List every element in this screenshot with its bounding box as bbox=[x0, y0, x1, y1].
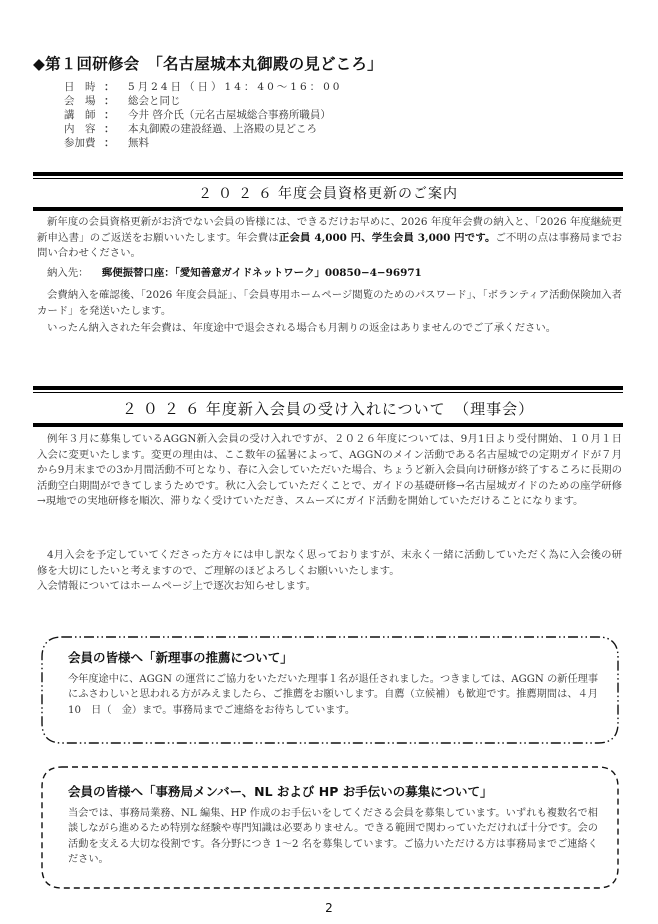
renewal-heading-year: ２０２６ bbox=[198, 186, 278, 202]
detail-colon: ： bbox=[104, 80, 128, 94]
section-divider-top bbox=[33, 172, 623, 179]
detail-value: 総会と同じ bbox=[128, 94, 181, 108]
notice-title: 会員の皆様へ「事務局メンバー、NL および HP お手伝いの募集について」 bbox=[68, 782, 492, 800]
detail-colon: ： bbox=[104, 122, 128, 136]
detail-value: 今井 啓介氏（元名古屋城総合事務所職員） bbox=[128, 108, 331, 122]
newsletter-page: ◆第１回研修会 「名古屋城本丸御殿の見どころ」 日 時 ： 5月24日（日）14… bbox=[0, 0, 658, 924]
section-divider-bottom bbox=[33, 207, 623, 211]
renewal-heading-text: 年度会員資格更新のご案内 bbox=[278, 186, 458, 202]
renewal-text: 会費納入を確認後、「2026 年度会員証」、「会員専用ホームページ閲覧のためのパ… bbox=[37, 289, 622, 317]
detail-value: 無料 bbox=[128, 136, 149, 150]
new-members-heading: ２０２６年度新入会員の受け入れについて （理事会） bbox=[33, 398, 623, 419]
detail-row-venue: 会 場 ： 総会と同じ bbox=[64, 94, 342, 108]
fee-amounts: 正会員 4,000 円、学生会員 3,000 円です。 bbox=[279, 232, 496, 244]
detail-row-lecturer: 講 師 ： 今井 啓介氏（元名古屋城総合事務所職員） bbox=[64, 108, 342, 122]
new-members-heading-text: 年度新入会員の受け入れについて （理事会） bbox=[206, 400, 534, 418]
section-divider-top bbox=[33, 386, 623, 393]
detail-colon: ： bbox=[104, 108, 128, 122]
detail-value: 5月24日（日）14：40～16：00 bbox=[128, 80, 342, 94]
detail-colon: ： bbox=[104, 136, 128, 150]
renewal-paragraph-3: いったん納入された年会費は、年度途中で退会される場合も月割りの返金はありませんの… bbox=[37, 321, 622, 337]
section-divider-bottom bbox=[33, 423, 623, 427]
notice-body: 当会では、事務局業務、NL 編集、HP 作成のお手伝いをしてくださる会員を募集し… bbox=[68, 806, 598, 867]
detail-label: 会 場 bbox=[64, 94, 104, 108]
detail-row-fee: 参加費 ： 無料 bbox=[64, 136, 342, 150]
renewal-heading: ２０２６年度会員資格更新のご案内 bbox=[33, 183, 623, 203]
new-members-heading-year: ２０２６ bbox=[122, 400, 206, 418]
renewal-text: いったん納入された年会費は、年度途中で退会される場合も月割りの返金はありませんの… bbox=[47, 322, 556, 334]
detail-value: 本丸御殿の建設経過、上洛殿の見どころ bbox=[128, 122, 317, 136]
page-number: 2 bbox=[0, 901, 658, 915]
new-members-text: 例年３月に募集しているAGGN新入会員の受け入れですが、２０２６年度については、… bbox=[37, 433, 622, 507]
new-members-text: 4月入会を予定していてくださった方々には申し訳なく思っておりますが、末永く一緒に… bbox=[37, 549, 622, 577]
detail-label: 参加費 bbox=[64, 136, 104, 150]
renewal-paragraph-1: 新年度の会員資格更新がお済でない会員の皆様には、できるだけお早めに、2026 年… bbox=[37, 215, 622, 262]
detail-row-datetime: 日 時 ： 5月24日（日）14：40～16：00 bbox=[64, 80, 342, 94]
seminar-details: 日 時 ： 5月24日（日）14：40～16：00 会 場 ： 総会と同じ 講 … bbox=[64, 80, 342, 150]
new-members-paragraph-1: 例年３月に募集しているAGGN新入会員の受け入れですが、２０２６年度については、… bbox=[37, 432, 622, 510]
seminar-title: ◆第１回研修会 「名古屋城本丸御殿の見どころ」 bbox=[33, 52, 383, 74]
renewal-paragraph-2: 会費納入を確認後、「2026 年度会員証」、「会員専用ホームページ閲覧のためのパ… bbox=[37, 288, 622, 319]
detail-row-content: 内 容 ： 本丸御殿の建設経過、上洛殿の見どころ bbox=[64, 122, 342, 136]
detail-label: 講 師 bbox=[64, 108, 104, 122]
volunteer-recruitment-notice: 会員の皆様へ「事務局メンバー、NL および HP お手伝いの募集について」 当会… bbox=[40, 765, 620, 890]
detail-label: 日 時 bbox=[64, 80, 104, 94]
notice-title: 会員の皆様へ「新理事の推薦について」 bbox=[68, 648, 293, 666]
new-members-text: 入会情報についてはホームページ上で逐次お知らせします。 bbox=[37, 580, 316, 592]
board-recommendation-notice: 会員の皆様へ「新理事の推薦について」 今年度途中に、AGGN の運営にご協力をい… bbox=[40, 635, 620, 745]
detail-colon: ： bbox=[104, 94, 128, 108]
detail-label: 内 容 bbox=[64, 122, 104, 136]
payee-label: 納入先： bbox=[47, 267, 89, 279]
notice-body: 今年度途中に、AGGN の運営にご協力をいただいた理事１名が退任されました。つき… bbox=[68, 672, 598, 718]
payee-account: 郵便振替口座：「愛知善意ガイドネットワーク」00850−4−96971 bbox=[102, 267, 422, 279]
new-members-paragraph-2: 4月入会を予定していてくださった方々には申し訳なく思っておりますが、末永く一緒に… bbox=[37, 548, 622, 595]
payee-line: 納入先： 郵便振替口座：「愛知善意ガイドネットワーク」00850−4−96971 bbox=[37, 266, 622, 282]
